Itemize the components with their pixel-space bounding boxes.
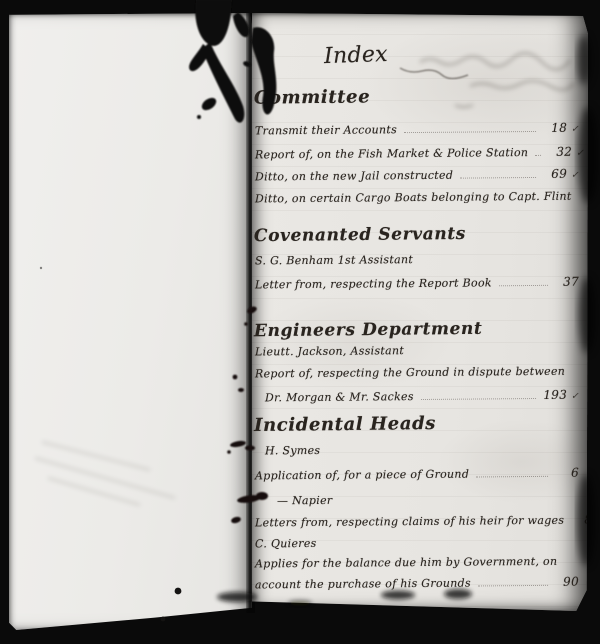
index-entry: Ditto, on certain Cargo Boats belonging … (255, 189, 579, 206)
dot-leader (404, 131, 536, 133)
entry-text: Lieutt. Jackson, Assistant (255, 344, 404, 358)
index-entry: S. G. Benham 1st Assistant (255, 252, 579, 268)
entry-text: Letter from, respecting the Report Book (255, 276, 492, 291)
section-heading-covenanted-servants: Covenanted Servants (254, 224, 466, 246)
index-entry: — Napier (277, 492, 579, 508)
dot-leader (499, 285, 548, 286)
entry-text: Dr. Morgan & Mr. Sackes (265, 390, 414, 404)
page-number: 90 (553, 575, 579, 589)
page-number: 37 (553, 275, 579, 289)
index-entry: Report of, respecting the Ground in disp… (255, 365, 579, 381)
dot-leader (478, 585, 548, 587)
index-entry: Dr. Morgan & Mr. Sackes 193 ✓ (265, 388, 579, 405)
entry-text: Ditto, on the new Jail constructed (255, 169, 453, 184)
page-number: 193 (541, 388, 567, 402)
index-entry: Application of, for a piece of Ground 6 (255, 466, 579, 483)
page-number: 6 (553, 466, 579, 480)
section-heading-committee: Committee (254, 86, 370, 108)
entry-text: C. Quieres (255, 537, 317, 551)
entry-text: S. G. Benham 1st Assistant (255, 253, 413, 267)
check-mark-icon: ✓ (571, 125, 579, 135)
entry-text: Application of, for a piece of Ground (255, 468, 469, 483)
entry-text: Transmit their Accounts (255, 123, 397, 137)
page-number: 69 (541, 167, 567, 181)
check-mark-icon: ✓ (571, 392, 579, 402)
entry-text: — Napier (277, 494, 333, 507)
dot-leader (476, 476, 548, 478)
index-entry: Letters from, respecting claims of his h… (255, 513, 579, 530)
left-blank-page (9, 13, 252, 630)
check-mark-icon: ✓ (576, 149, 584, 159)
entry-text: Report of, on the Fish Market & Police S… (255, 146, 528, 161)
entry-text: Report of, respecting the Ground in disp… (255, 365, 565, 381)
scanned-ledger-photo: Index Committee Transmit their Accounts … (0, 0, 600, 644)
index-entry: C. Quieres (255, 535, 579, 551)
index-entry: H. Symes (265, 442, 579, 458)
index-entry: Ditto, on the new Jail constructed 69 ✓ (255, 167, 579, 184)
index-entry: Letter from, respecting the Report Book … (255, 275, 579, 292)
page-title: Index (324, 42, 389, 69)
entry-text: account the purchase of his Grounds (255, 577, 471, 592)
page-number: 130 (589, 188, 600, 202)
entry-text: Applies for the balance due him by Gover… (255, 555, 557, 571)
dot-leader (535, 155, 541, 156)
right-index-page: Index Committee Transmit their Accounts … (252, 13, 588, 611)
index-entry: Lieutt. Jackson, Assistant (255, 343, 579, 359)
index-entry: Transmit their Accounts 18 ✓ (255, 121, 579, 138)
entry-text: H. Symes (265, 444, 320, 457)
dot-leader (421, 398, 536, 400)
entry-text: Letters from, respecting claims of his h… (255, 514, 564, 530)
index-entry: Report of, on the Fish Market & Police S… (255, 145, 579, 162)
page-number: 32 (546, 145, 572, 159)
index-entry: Applies for the balance due him by Gover… (255, 555, 579, 571)
check-mark-icon: ✓ (571, 171, 579, 181)
entry-text: Ditto, on certain Cargo Boats belonging … (255, 190, 572, 206)
page-number: 8 ¾ (582, 512, 600, 526)
dot-leader (460, 177, 536, 179)
page-number: 18 (541, 121, 567, 135)
section-heading-engineers-department: Engineers Department (254, 319, 483, 341)
index-entry: account the purchase of his Grounds 90 (255, 575, 579, 592)
section-heading-incidental-heads: Incidental Heads (254, 413, 436, 436)
